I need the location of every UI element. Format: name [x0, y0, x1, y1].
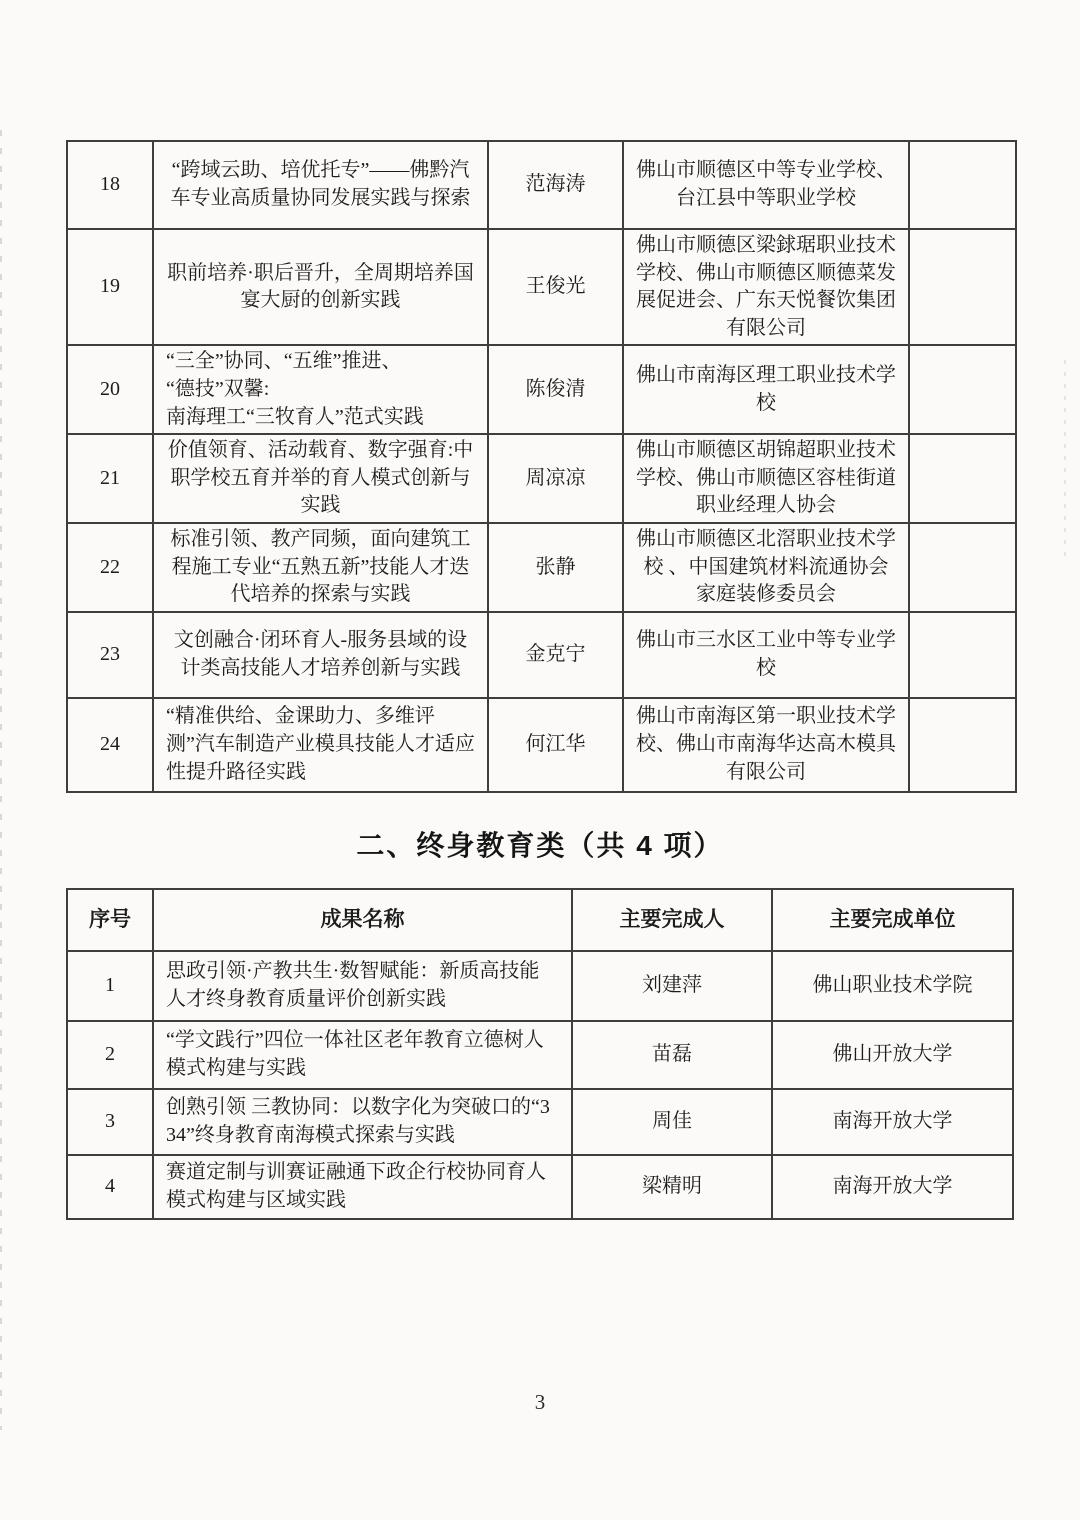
vocational-results-table: 18 “跨域云助、培优托专”——佛黔汽车专业高质量协同发展实践与探索 范海涛 佛…: [66, 140, 1017, 793]
unit-cell: 佛山开放大学: [772, 1021, 1013, 1089]
serial-cell: 24: [67, 698, 153, 792]
header-unit: 主要完成单位: [772, 889, 1013, 951]
serial-cell: 3: [67, 1089, 153, 1155]
scan-artifact-right-edge: [1064, 360, 1066, 560]
unit-cell: 南海开放大学: [772, 1089, 1013, 1155]
person-cell: 刘建萍: [572, 951, 772, 1021]
serial-cell: 1: [67, 951, 153, 1021]
unit-cell: 佛山市顺德区胡锦超职业技术学校、佛山市顺德区容桂街道职业经理人协会: [623, 434, 909, 523]
note-cell: [909, 229, 1016, 345]
person-cell: 张静: [488, 523, 623, 612]
person-cell: 周佳: [572, 1089, 772, 1155]
person-cell: 周凉凉: [488, 434, 623, 523]
note-cell: [909, 612, 1016, 698]
serial-cell: 19: [67, 229, 153, 345]
scan-artifact-left-edge: [0, 130, 2, 1430]
table-row: 3 创熟引领 三教协同：以数字化为突破口的“334”终身教育南海模式探索与实践 …: [67, 1089, 1013, 1155]
person-cell: 苗磊: [572, 1021, 772, 1089]
person-cell: 金克宁: [488, 612, 623, 698]
section-heading: 二、终身教育类（共 4 项）: [0, 824, 1080, 864]
person-cell: 梁精明: [572, 1155, 772, 1219]
title-cell: 价值领育、活动载育、数字强育:中职学校五育并举的育人模式创新与实践: [153, 434, 488, 523]
header-title: 成果名称: [153, 889, 572, 951]
serial-cell: 22: [67, 523, 153, 612]
unit-cell: 佛山市顺德区梁銶琚职业技术学校、佛山市顺德区顺德菜发展促进会、广东天悦餐饮集团有…: [623, 229, 909, 345]
header-serial: 序号: [67, 889, 153, 951]
unit-cell: 佛山市顺德区北滘职业技术学校 、中国建筑材料流通协会家庭装修委员会: [623, 523, 909, 612]
unit-cell: 佛山市顺德区中等专业学校、台江县中等职业学校: [623, 141, 909, 229]
table-row: 2 “学文践行”四位一体社区老年教育立德树人模式构建与实践 苗磊 佛山开放大学: [67, 1021, 1013, 1089]
title-cell: “学文践行”四位一体社区老年教育立德树人模式构建与实践: [153, 1021, 572, 1089]
serial-cell: 2: [67, 1021, 153, 1089]
table-row: 20 “三全”协同、“五维”推进、 “德技”双馨: 南海理工“三牧育人”范式实践…: [67, 345, 1016, 434]
table-row: 23 文创融合·闭环育人-服务县域的设计类高技能人才培养创新与实践 金克宁 佛山…: [67, 612, 1016, 698]
serial-cell: 4: [67, 1155, 153, 1219]
person-cell: 陈俊清: [488, 345, 623, 434]
table-row: 21 价值领育、活动载育、数字强育:中职学校五育并举的育人模式创新与实践 周凉凉…: [67, 434, 1016, 523]
table-row: 22 标准引领、教产同频，面向建筑工程施工专业“五熟五新”技能人才迭代培养的探索…: [67, 523, 1016, 612]
note-cell: [909, 698, 1016, 792]
table-row: 18 “跨域云助、培优托专”——佛黔汽车专业高质量协同发展实践与探索 范海涛 佛…: [67, 141, 1016, 229]
note-cell: [909, 434, 1016, 523]
note-cell: [909, 141, 1016, 229]
title-cell: 文创融合·闭环育人-服务县域的设计类高技能人才培养创新与实践: [153, 612, 488, 698]
unit-cell: 佛山市南海区第一职业技术学校、佛山市南海华达高木模具有限公司: [623, 698, 909, 792]
lifelong-education-table: 序号 成果名称 主要完成人 主要完成单位 1 思政引领·产教共生·数智赋能：新质…: [66, 888, 1014, 1220]
table-row: 19 职前培养·职后晋升，全周期培养国宴大厨的创新实践 王俊光 佛山市顺德区梁銶…: [67, 229, 1016, 345]
unit-cell: 佛山市南海区理工职业技术学校: [623, 345, 909, 434]
header-person: 主要完成人: [572, 889, 772, 951]
serial-cell: 18: [67, 141, 153, 229]
title-cell: “精准供给、金课助力、多维评测”汽车制造产业模具技能人才适应性提升路径实践: [153, 698, 488, 792]
serial-cell: 21: [67, 434, 153, 523]
person-cell: 范海涛: [488, 141, 623, 229]
table-header-row: 序号 成果名称 主要完成人 主要完成单位: [67, 889, 1013, 951]
unit-cell: 南海开放大学: [772, 1155, 1013, 1219]
person-cell: 何江华: [488, 698, 623, 792]
title-cell: 职前培养·职后晋升，全周期培养国宴大厨的创新实践: [153, 229, 488, 345]
unit-cell: 佛山职业技术学院: [772, 951, 1013, 1021]
unit-cell: 佛山市三水区工业中等专业学校: [623, 612, 909, 698]
table-row: 24 “精准供给、金课助力、多维评测”汽车制造产业模具技能人才适应性提升路径实践…: [67, 698, 1016, 792]
title-cell: 赛道定制与训赛证融通下政企行校协同育人模式构建与区域实践: [153, 1155, 572, 1219]
title-cell: 思政引领·产教共生·数智赋能：新质高技能人才终身教育质量评价创新实践: [153, 951, 572, 1021]
table-row: 4 赛道定制与训赛证融通下政企行校协同育人模式构建与区域实践 梁精明 南海开放大…: [67, 1155, 1013, 1219]
table-row: 1 思政引领·产教共生·数智赋能：新质高技能人才终身教育质量评价创新实践 刘建萍…: [67, 951, 1013, 1021]
note-cell: [909, 523, 1016, 612]
title-cell: 创熟引领 三教协同：以数字化为突破口的“334”终身教育南海模式探索与实践: [153, 1089, 572, 1155]
page-number: 3: [0, 1390, 1080, 1415]
title-cell: “三全”协同、“五维”推进、 “德技”双馨: 南海理工“三牧育人”范式实践: [153, 345, 488, 434]
person-cell: 王俊光: [488, 229, 623, 345]
serial-cell: 20: [67, 345, 153, 434]
title-cell: 标准引领、教产同频，面向建筑工程施工专业“五熟五新”技能人才迭代培养的探索与实践: [153, 523, 488, 612]
note-cell: [909, 345, 1016, 434]
title-cell: “跨域云助、培优托专”——佛黔汽车专业高质量协同发展实践与探索: [153, 141, 488, 229]
serial-cell: 23: [67, 612, 153, 698]
